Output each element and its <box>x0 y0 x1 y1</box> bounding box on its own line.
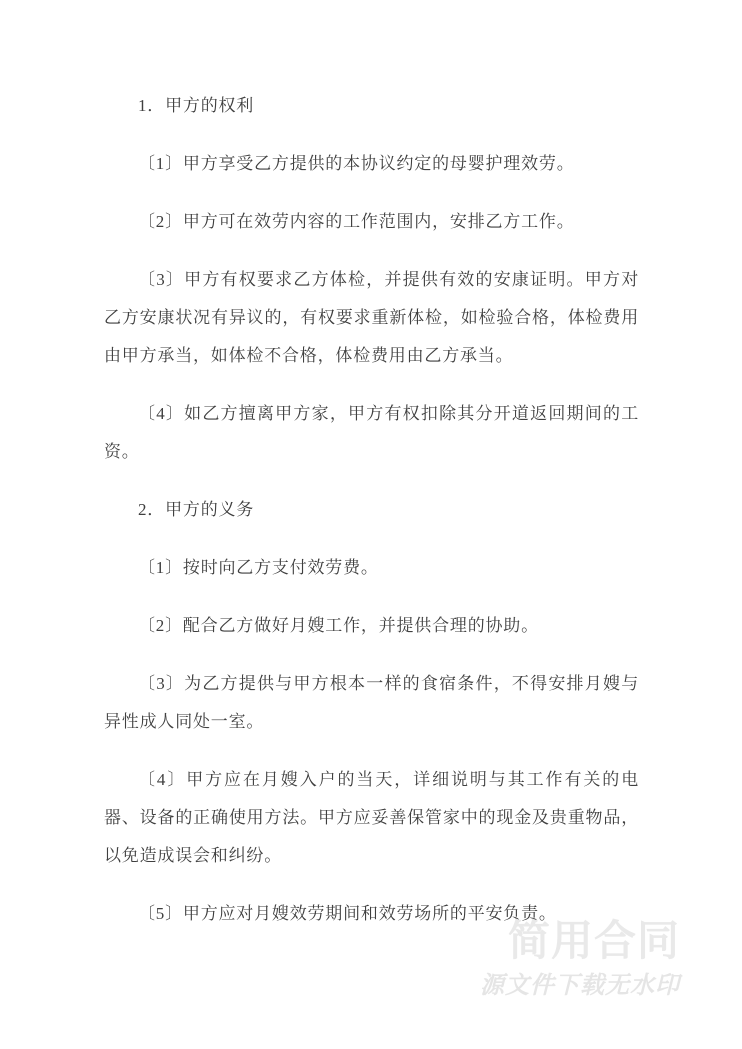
watermark-subtitle-text: 源文件下载无水印 <box>480 974 680 998</box>
section-1-item-1: 〔1〕甲方享受乙方提供的本协议约定的母婴护理效劳。 <box>104 145 639 183</box>
section-1-item-3: 〔3〕甲方有权要求乙方体检，并提供有效的安康证明。甲方对乙方安康状况有异议的，有… <box>104 261 639 375</box>
document-page: 1．甲方的权利 〔1〕甲方享受乙方提供的本协议约定的母婴护理效劳。 〔2〕甲方可… <box>0 0 742 1049</box>
section-2-item-5: 〔5〕甲方应对月嫂效劳期间和效劳场所的平安负责。 <box>104 895 639 933</box>
section-2-item-3: 〔3〕为乙方提供与甲方根本一样的食宿条件，不得安排月嫂与异性成人同处一室。 <box>104 665 639 741</box>
section-2-item-1: 〔1〕按时向乙方支付效劳费。 <box>104 549 639 587</box>
section-2-item-4: 〔4〕甲方应在月嫂入户的当天，详细说明与其工作有关的电器、设备的正确使用方法。甲… <box>104 761 639 875</box>
section-1-item-2: 〔2〕甲方可在效劳内容的工作范围内，安排乙方工作。 <box>104 203 639 241</box>
section-1-item-4: 〔4〕如乙方擅离甲方家，甲方有权扣除其分开道返回期间的工资。 <box>104 395 639 471</box>
section-1-heading: 1．甲方的权利 <box>104 87 639 125</box>
section-2-item-2: 〔2〕配合乙方做好月嫂工作，并提供合理的协助。 <box>104 607 639 645</box>
section-2-heading: 2．甲方的义务 <box>104 491 639 529</box>
contract-body: 1．甲方的权利 〔1〕甲方享受乙方提供的本协议约定的母婴护理效劳。 〔2〕甲方可… <box>104 87 639 953</box>
